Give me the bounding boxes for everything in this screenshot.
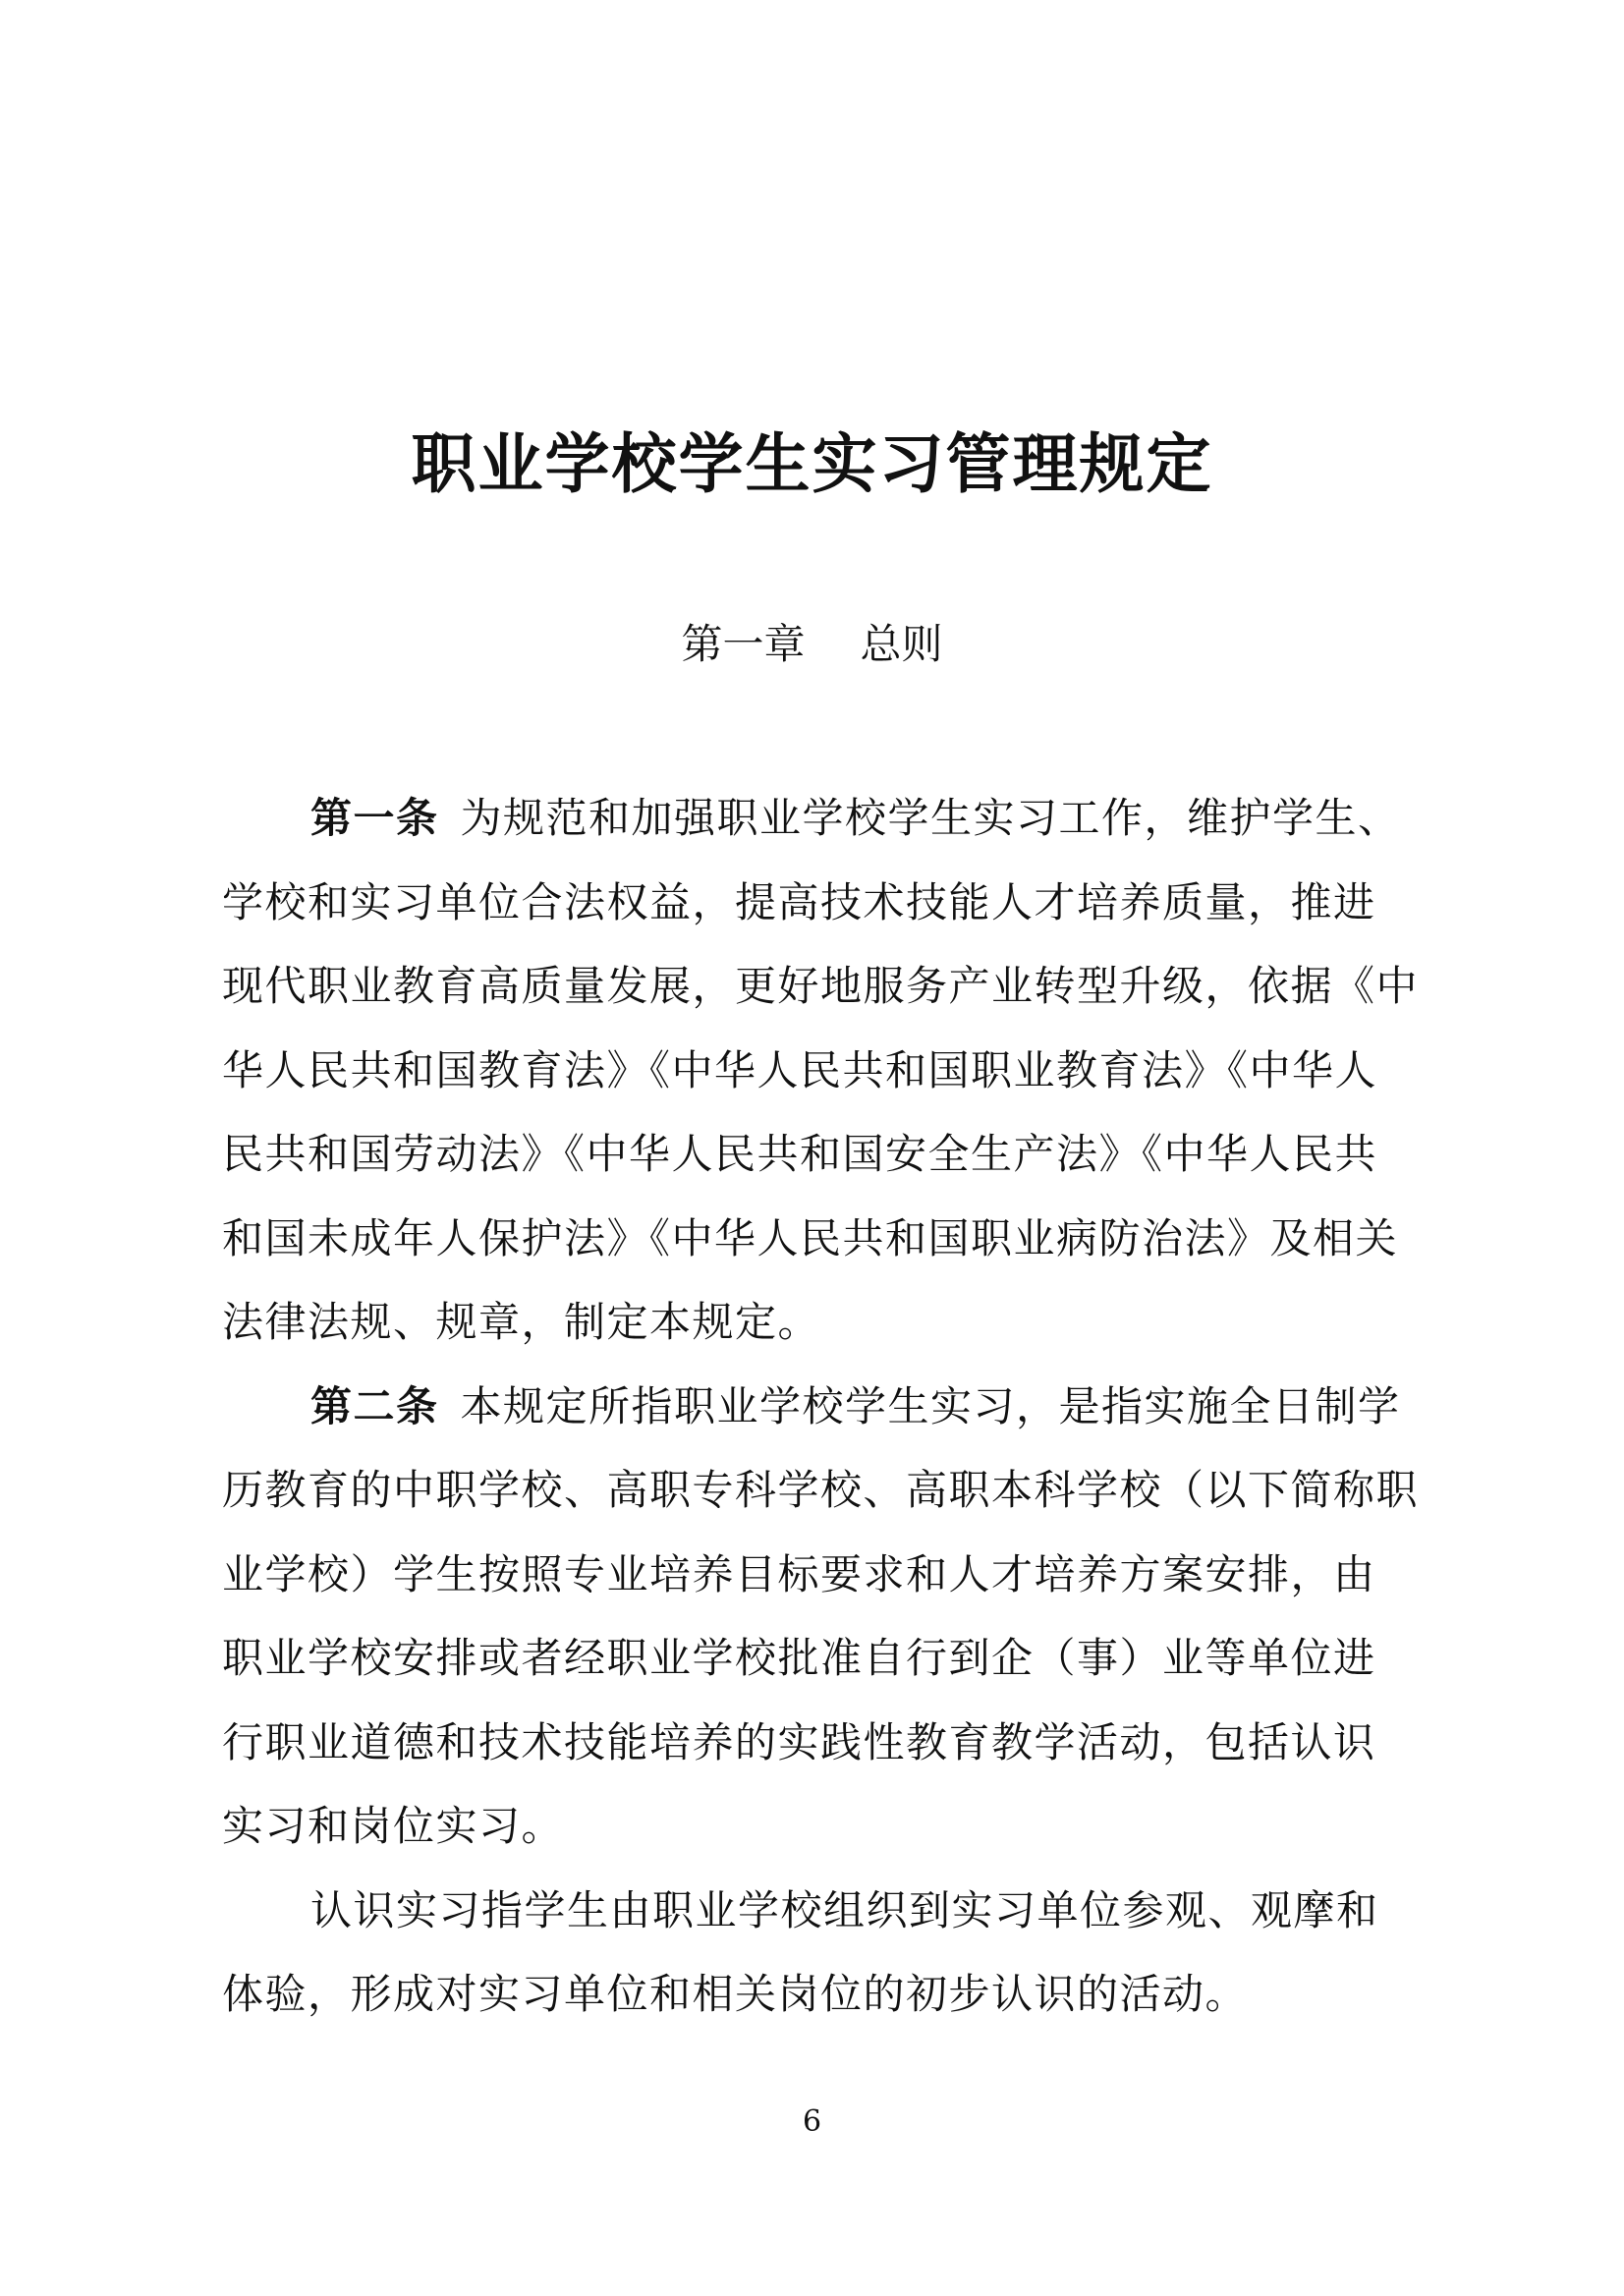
paragraph-line: 华人民共和国教育法》《中华人民共和国职业教育法》《中华人	[222, 1029, 1413, 1113]
chapter-heading: 第一章总则	[0, 617, 1624, 672]
paragraph-line: 业学校）学生按照专业培养目标要求和人才培养方案安排，由	[222, 1533, 1413, 1617]
article-2: 第二条本规定所指职业学校学生实习，是指实施全日制学 历教育的中职学校、高职专科学…	[222, 1365, 1413, 1869]
chapter-number: 第一章	[681, 620, 805, 668]
article-label: 第一条	[310, 794, 439, 842]
paragraph-line: 实习和岗位实习。	[222, 1784, 1413, 1869]
paragraph-line: 第二条本规定所指职业学校学生实习，是指实施全日制学	[222, 1365, 1413, 1449]
paragraph-cognitive-internship: 认识实习指学生由职业学校组织到实习单位参观、观摩和 体验，形成对实习单位和相关岗…	[222, 1869, 1413, 2037]
paragraph-line: 体验，形成对实习单位和相关岗位的初步认识的活动。	[222, 1952, 1413, 2037]
paragraph-line: 现代职业教育高质量发展，更好地服务产业转型升级，依据《中	[222, 944, 1413, 1029]
document-title: 职业学校学生实习管理规定	[0, 424, 1624, 503]
document-page: 职业学校学生实习管理规定 第一章总则 第一条为规范和加强职业学校学生实习工作，维…	[0, 0, 1624, 2296]
page-number: 6	[0, 2102, 1624, 2142]
paragraph-line: 学校和实习单位合法权益，提高技术技能人才培养质量，推进	[222, 861, 1413, 945]
paragraph-line: 职业学校安排或者经职业学校批准自行到企（事）业等单位进	[222, 1616, 1413, 1701]
paragraph-line: 历教育的中职学校、高职专科学校、高职本科学校（以下简称职	[222, 1448, 1413, 1533]
paragraph-line: 民共和国劳动法》《中华人民共和国安全生产法》《中华人民共	[222, 1112, 1413, 1197]
chapter-name: 总则	[861, 620, 943, 668]
article-1: 第一条为规范和加强职业学校学生实习工作，维护学生、 学校和实习单位合法权益，提高…	[222, 776, 1413, 1365]
paragraph-line: 和国未成年人保护法》《中华人民共和国职业病防治法》及相关	[222, 1197, 1413, 1281]
document-body: 第一条为规范和加强职业学校学生实习工作，维护学生、 学校和实习单位合法权益，提高…	[222, 776, 1413, 2037]
paragraph-line: 法律法规、规章，制定本规定。	[222, 1280, 1413, 1365]
article-label: 第二条	[310, 1382, 439, 1430]
paragraph-line: 第一条为规范和加强职业学校学生实习工作，维护学生、	[222, 776, 1413, 861]
paragraph-line: 行职业道德和技术技能培养的实践性教育教学活动，包括认识	[222, 1701, 1413, 1785]
paragraph-line: 认识实习指学生由职业学校组织到实习单位参观、观摩和	[222, 1869, 1413, 1953]
